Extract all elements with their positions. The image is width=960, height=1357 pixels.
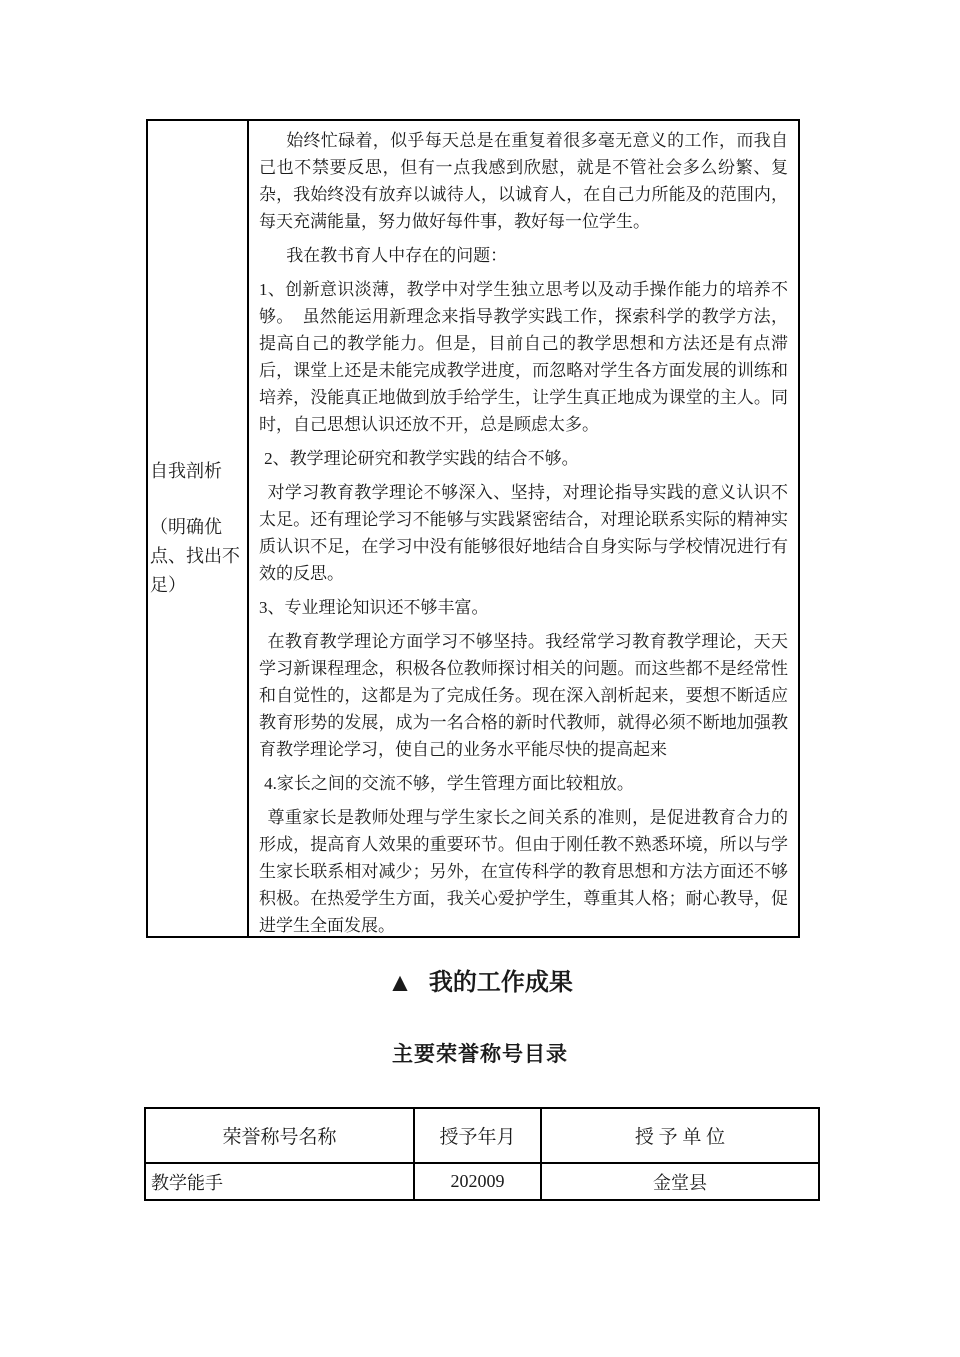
analysis-paragraph: 1、创新意识淡薄，教学中对学生独立思考以及动手操作能力的培养不够。 虽然能运用新… <box>259 276 788 438</box>
analysis-content-cell: 始终忙碌着，似乎每天总是在重复着很多毫无意义的工作，而我自己也不禁要反思，但有一… <box>249 121 798 936</box>
award-date-cell: 202009 <box>414 1163 541 1200</box>
analysis-paragraph: 对学习教育教学理论不够深入、坚持，对理论指导实践的意义认识不太足。还有理论学习不… <box>259 479 788 587</box>
honors-header-row: 荣誉称号名称 授予年月 授 予 单 位 <box>145 1108 819 1163</box>
analysis-paragraph: 4.家长之间的交流不够，学生管理方面比较粗放。 <box>259 770 788 797</box>
honor-name-header: 荣誉称号名称 <box>145 1108 414 1163</box>
award-unit-cell: 金堂县 <box>541 1163 819 1200</box>
honor-name-cell: 教学能手 <box>145 1163 414 1200</box>
honors-list-heading: 主要荣誉称号目录 <box>0 1040 960 1068</box>
analysis-paragraph: 3、专业理论知识还不够丰富。 <box>259 594 788 621</box>
analysis-paragraph: 2、教学理论研究和教学实践的结合不够。 <box>259 445 788 472</box>
results-heading-text: 我的工作成果 <box>429 970 573 996</box>
results-section-heading: ▲我的工作成果 <box>0 966 960 1000</box>
analysis-paragraph: 在教育教学理论方面学习不够坚持。我经常学习教育教学理论，天天学习新课程理念，积极… <box>259 628 788 763</box>
triangle-icon: ▲ <box>387 966 413 1000</box>
analysis-paragraph: 尊重家长是教师处理与学生家长之间关系的准则，是促进教育合力的形成，提高育人效果的… <box>259 804 788 936</box>
analysis-paragraph: 我在教书育人中存在的问题： <box>259 242 788 269</box>
analysis-paragraph: 始终忙碌着，似乎每天总是在重复着很多毫无意义的工作，而我自己也不禁要反思，但有一… <box>259 127 788 235</box>
self-analysis-table: 自我剖析 （明确优点、找出不足） 始终忙碌着，似乎每天总是在重复着很多毫无意义的… <box>146 119 800 938</box>
analysis-label-note: （明确优点、找出不足） <box>150 513 245 600</box>
honors-table-row: 教学能手 202009 金堂县 <box>145 1163 819 1200</box>
document-page: 自我剖析 （明确优点、找出不足） 始终忙碌着，似乎每天总是在重复着很多毫无意义的… <box>0 0 960 1357</box>
analysis-label-cell: 自我剖析 （明确优点、找出不足） <box>148 121 249 936</box>
award-date-header: 授予年月 <box>414 1108 541 1163</box>
award-unit-header: 授 予 单 位 <box>541 1108 819 1163</box>
honors-table: 荣誉称号名称 授予年月 授 予 单 位 教学能手 202009 金堂县 <box>144 1107 820 1201</box>
analysis-label-title: 自我剖析 <box>150 457 245 486</box>
